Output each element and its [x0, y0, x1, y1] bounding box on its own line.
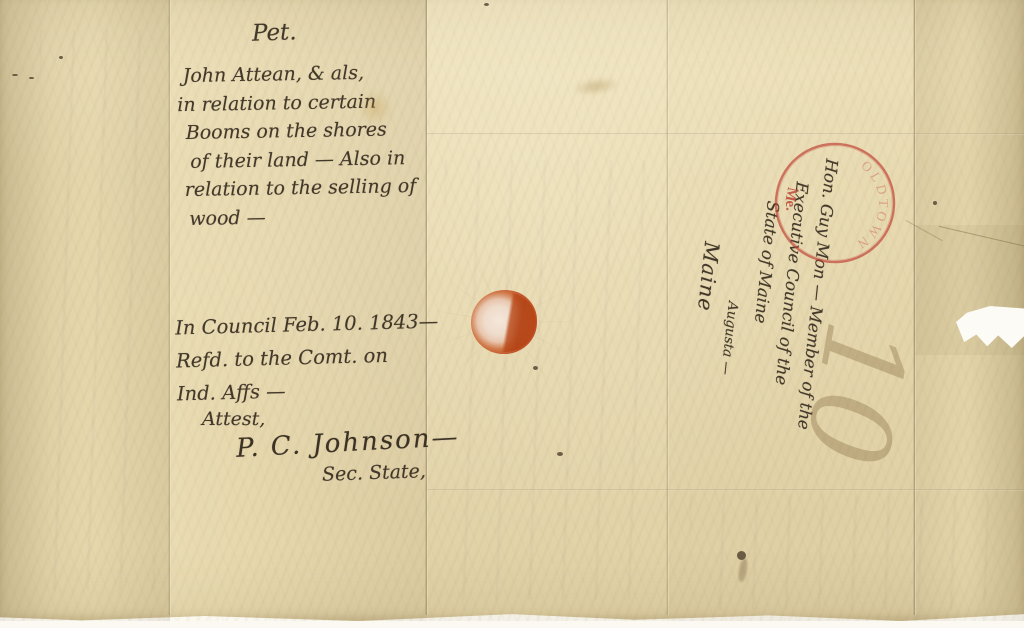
ink-speck [533, 366, 538, 370]
council-line: In Council Feb. 10. 1843— [175, 305, 439, 345]
ink-speck [933, 201, 937, 205]
attest-label: Attest, [202, 408, 265, 430]
docket-line: of their land — Also in [190, 143, 416, 175]
docket-body: John Attean, & als, in relation to certa… [183, 58, 418, 233]
scanned-letter-page: { "scan": { "background_color": "#fbf9f2… [0, 0, 1024, 628]
signature-title: Sec. State, [322, 460, 427, 486]
docket-line: John Attean, & als, [183, 58, 415, 91]
wax-seal-crescent [474, 292, 536, 352]
postmark-stamp: OLDTOWN Me. [759, 127, 911, 279]
wax-seal [471, 290, 537, 354]
ink-speck [29, 77, 34, 79]
postmark-state-text: Me. [781, 186, 801, 213]
ink-speck [557, 452, 563, 456]
ink-speck [484, 3, 489, 6]
postmark-town-text: OLDTOWN [851, 157, 895, 256]
docket-line: in relation to certain [177, 86, 415, 119]
svg-text:Me.: Me. [781, 186, 801, 213]
council-line: Ind. Affs — [176, 371, 440, 411]
postal-rate-mark: 10 [766, 296, 943, 489]
svg-text:OLDTOWN: OLDTOWN [851, 157, 895, 256]
docket-line: relation to the selling of [185, 172, 417, 205]
docket-line: Booms on the shores [186, 115, 416, 148]
docket-line: wood — [189, 200, 417, 232]
docket-heading: Pet. [252, 19, 297, 47]
ink-speck [12, 74, 18, 76]
ink-speck [59, 56, 63, 59]
council-annotation: In Council Feb. 10. 1843— Refd. to the C… [175, 305, 441, 411]
